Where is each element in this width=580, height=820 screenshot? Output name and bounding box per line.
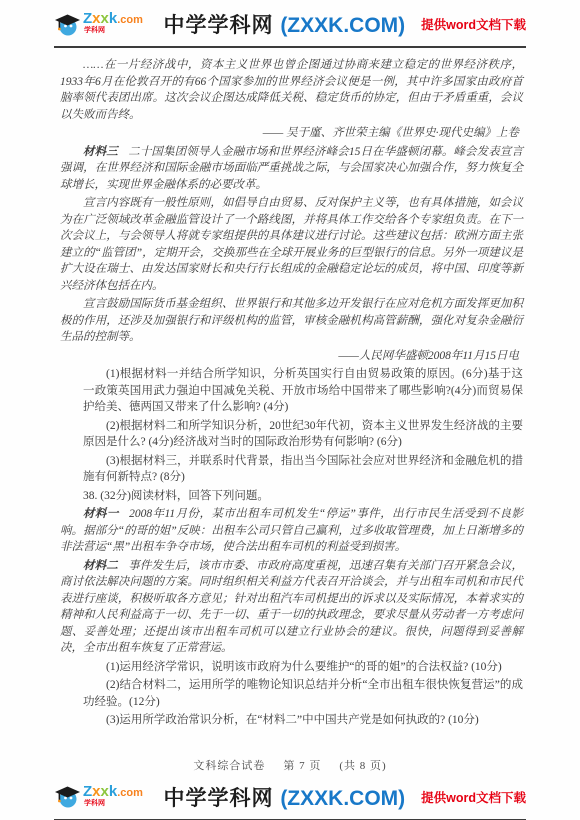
material-one-label: 材料一: [83, 508, 119, 520]
question-37-3: (3)根据材料三，并联系时代背景，指出当今国际社会应对世界经济和金融危机的措施有…: [60, 453, 523, 486]
page-number-footer: 文科综合试卷第 7 页(共 8 页): [0, 757, 580, 773]
graduation-cap-mascot-icon: [54, 11, 81, 38]
material-three-text: 二十国集团领导人金融市场和世界经济峰会15日在华盛顿闭幕。峰会发表宣言强调，在世…: [60, 146, 523, 191]
question-38-1: (1)运用经济学常识，说明该市政府为什么要维护“的哥的姐”的合法权益? (10分…: [60, 659, 523, 676]
site-title-cn: 中学学科网: [163, 14, 273, 37]
bottom-banner-row: Zxxk.com学科网 中学学科网 (ZXXK.COM) 提供word文档下载: [54, 773, 526, 819]
source-attribution-world-history: —— 吴于廑、齐世荣主编《世界史·现代史编》上卷: [60, 125, 523, 142]
exam-paper-page: Zxxk.com学科网 中学学科网 (ZXXK.COM) 提供word文档下载 …: [0, 0, 580, 820]
site-title: 中学学科网 (ZXXK.COM): [163, 9, 405, 39]
question-37-2: (2)根据材料二和所学知识分析，20世纪30年代初，资本主义世界发生经济战的主要…: [60, 418, 523, 451]
zxxk-logo-text: Zxxk.com学科网: [83, 784, 147, 814]
top-banner-row: Zxxk.com学科网 中学学科网 (ZXXK.COM) 提供word文档下载: [54, 0, 526, 46]
page-number: 第 7 页: [283, 760, 321, 772]
site-domain: (ZXXK.COM): [280, 14, 405, 37]
logo-letter: x: [101, 10, 109, 27]
exam-content: ……在一片经济战中，资本主义世界也曾企图通过协商来建立稳定的世界经济秩序，193…: [0, 48, 580, 731]
question-38-2: (2)结合材料二，运用所学的唯物论知识总结并分析“全市出租车很快恢复营运”的成功…: [60, 677, 523, 710]
site-title-cn: 中学学科网: [163, 787, 273, 810]
bottom-banner: Zxxk.com学科网 中学学科网 (ZXXK.COM) 提供word文档下载: [54, 773, 526, 820]
logo-letter: x: [101, 783, 109, 800]
material-two-label: 材料二: [83, 560, 118, 572]
zxxk-logo: Zxxk.com学科网: [54, 9, 147, 39]
material-one-text: 2008年11月份，某市出租车司机发生“停运”事件，出行市民生活受到不良影响。据…: [60, 508, 523, 553]
question-38-3: (3)运用所学政治常识分析，在“材料二”中中国共产党是如何执政的? (10分): [60, 712, 523, 729]
word-download-note: 提供word文档下载: [421, 788, 526, 806]
material-three-label: 材料三: [83, 146, 118, 158]
word-download-note: 提供word文档下载: [421, 15, 526, 33]
material-two-excerpt: ……在一片经济战中，资本主义世界也曾企图通过协商来建立稳定的世界经济秩序，193…: [60, 57, 523, 123]
logo-domain-suffix: .com: [117, 787, 143, 799]
question-37-1: (1)根据材料一并结合所学知识，分析英国实行自由贸易政策的原因。(6分)基于这一…: [60, 366, 523, 416]
site-domain: (ZXXK.COM): [280, 787, 405, 810]
logo-red-tag: 学科网: [84, 27, 105, 34]
material-one-paragraph: 材料一2008年11月份，某市出租车司机发生“停运”事件，出行市民生活受到不良影…: [60, 506, 523, 556]
logo-letter: x: [92, 783, 100, 800]
zxxk-logo-text: Zxxk.com学科网: [83, 11, 147, 41]
logo-letter: x: [92, 10, 100, 27]
logo-letter: k: [109, 783, 117, 800]
material-two-text: 事件发生后，该市市委、市政府高度重视，迅速召集有关部门召开紧急会议，商讨依法解决…: [60, 560, 523, 655]
source-attribution-peoples-net: ——人民网华盛顿2008年11月15日电: [60, 348, 523, 365]
site-title: 中学学科网 (ZXXK.COM): [163, 782, 405, 812]
zxxk-logo-bottom: Zxxk.com学科网: [54, 782, 147, 812]
declaration-encourage-paragraph: 宣言鼓励国际货币基金组织、世界银行和其他多边开发银行在应对危机方面发挥更加积极的…: [60, 296, 523, 346]
graduation-cap-mascot-icon: [54, 783, 81, 810]
top-banner: Zxxk.com学科网 中学学科网 (ZXXK.COM) 提供word文档下载: [54, 0, 526, 48]
logo-domain-suffix: .com: [117, 14, 143, 26]
material-two-paragraph: 材料二事件发生后，该市市委、市政府高度重视，迅速召集有关部门召开紧急会议，商讨依…: [60, 558, 523, 657]
logo-letter: k: [109, 10, 117, 27]
exam-name: 文科综合试卷: [193, 760, 265, 772]
declaration-content-paragraph: 宣言内容既有一般性原则，如倡导自由贸易、反对保护主义等，也有具体措施，如会议为在…: [60, 195, 523, 294]
material-three-paragraph: 材料三二十国集团领导人金融市场和世界经济峰会15日在华盛顿闭幕。峰会发表宣言强调…: [60, 144, 523, 194]
logo-letter: Z: [83, 783, 92, 800]
question-38-intro: 38. (32分)阅读材料，回答下列问题。: [60, 488, 523, 505]
logo-letter: Z: [83, 10, 92, 27]
logo-red-tag: 学科网: [84, 800, 105, 807]
total-pages: (共 8 页): [339, 760, 386, 772]
